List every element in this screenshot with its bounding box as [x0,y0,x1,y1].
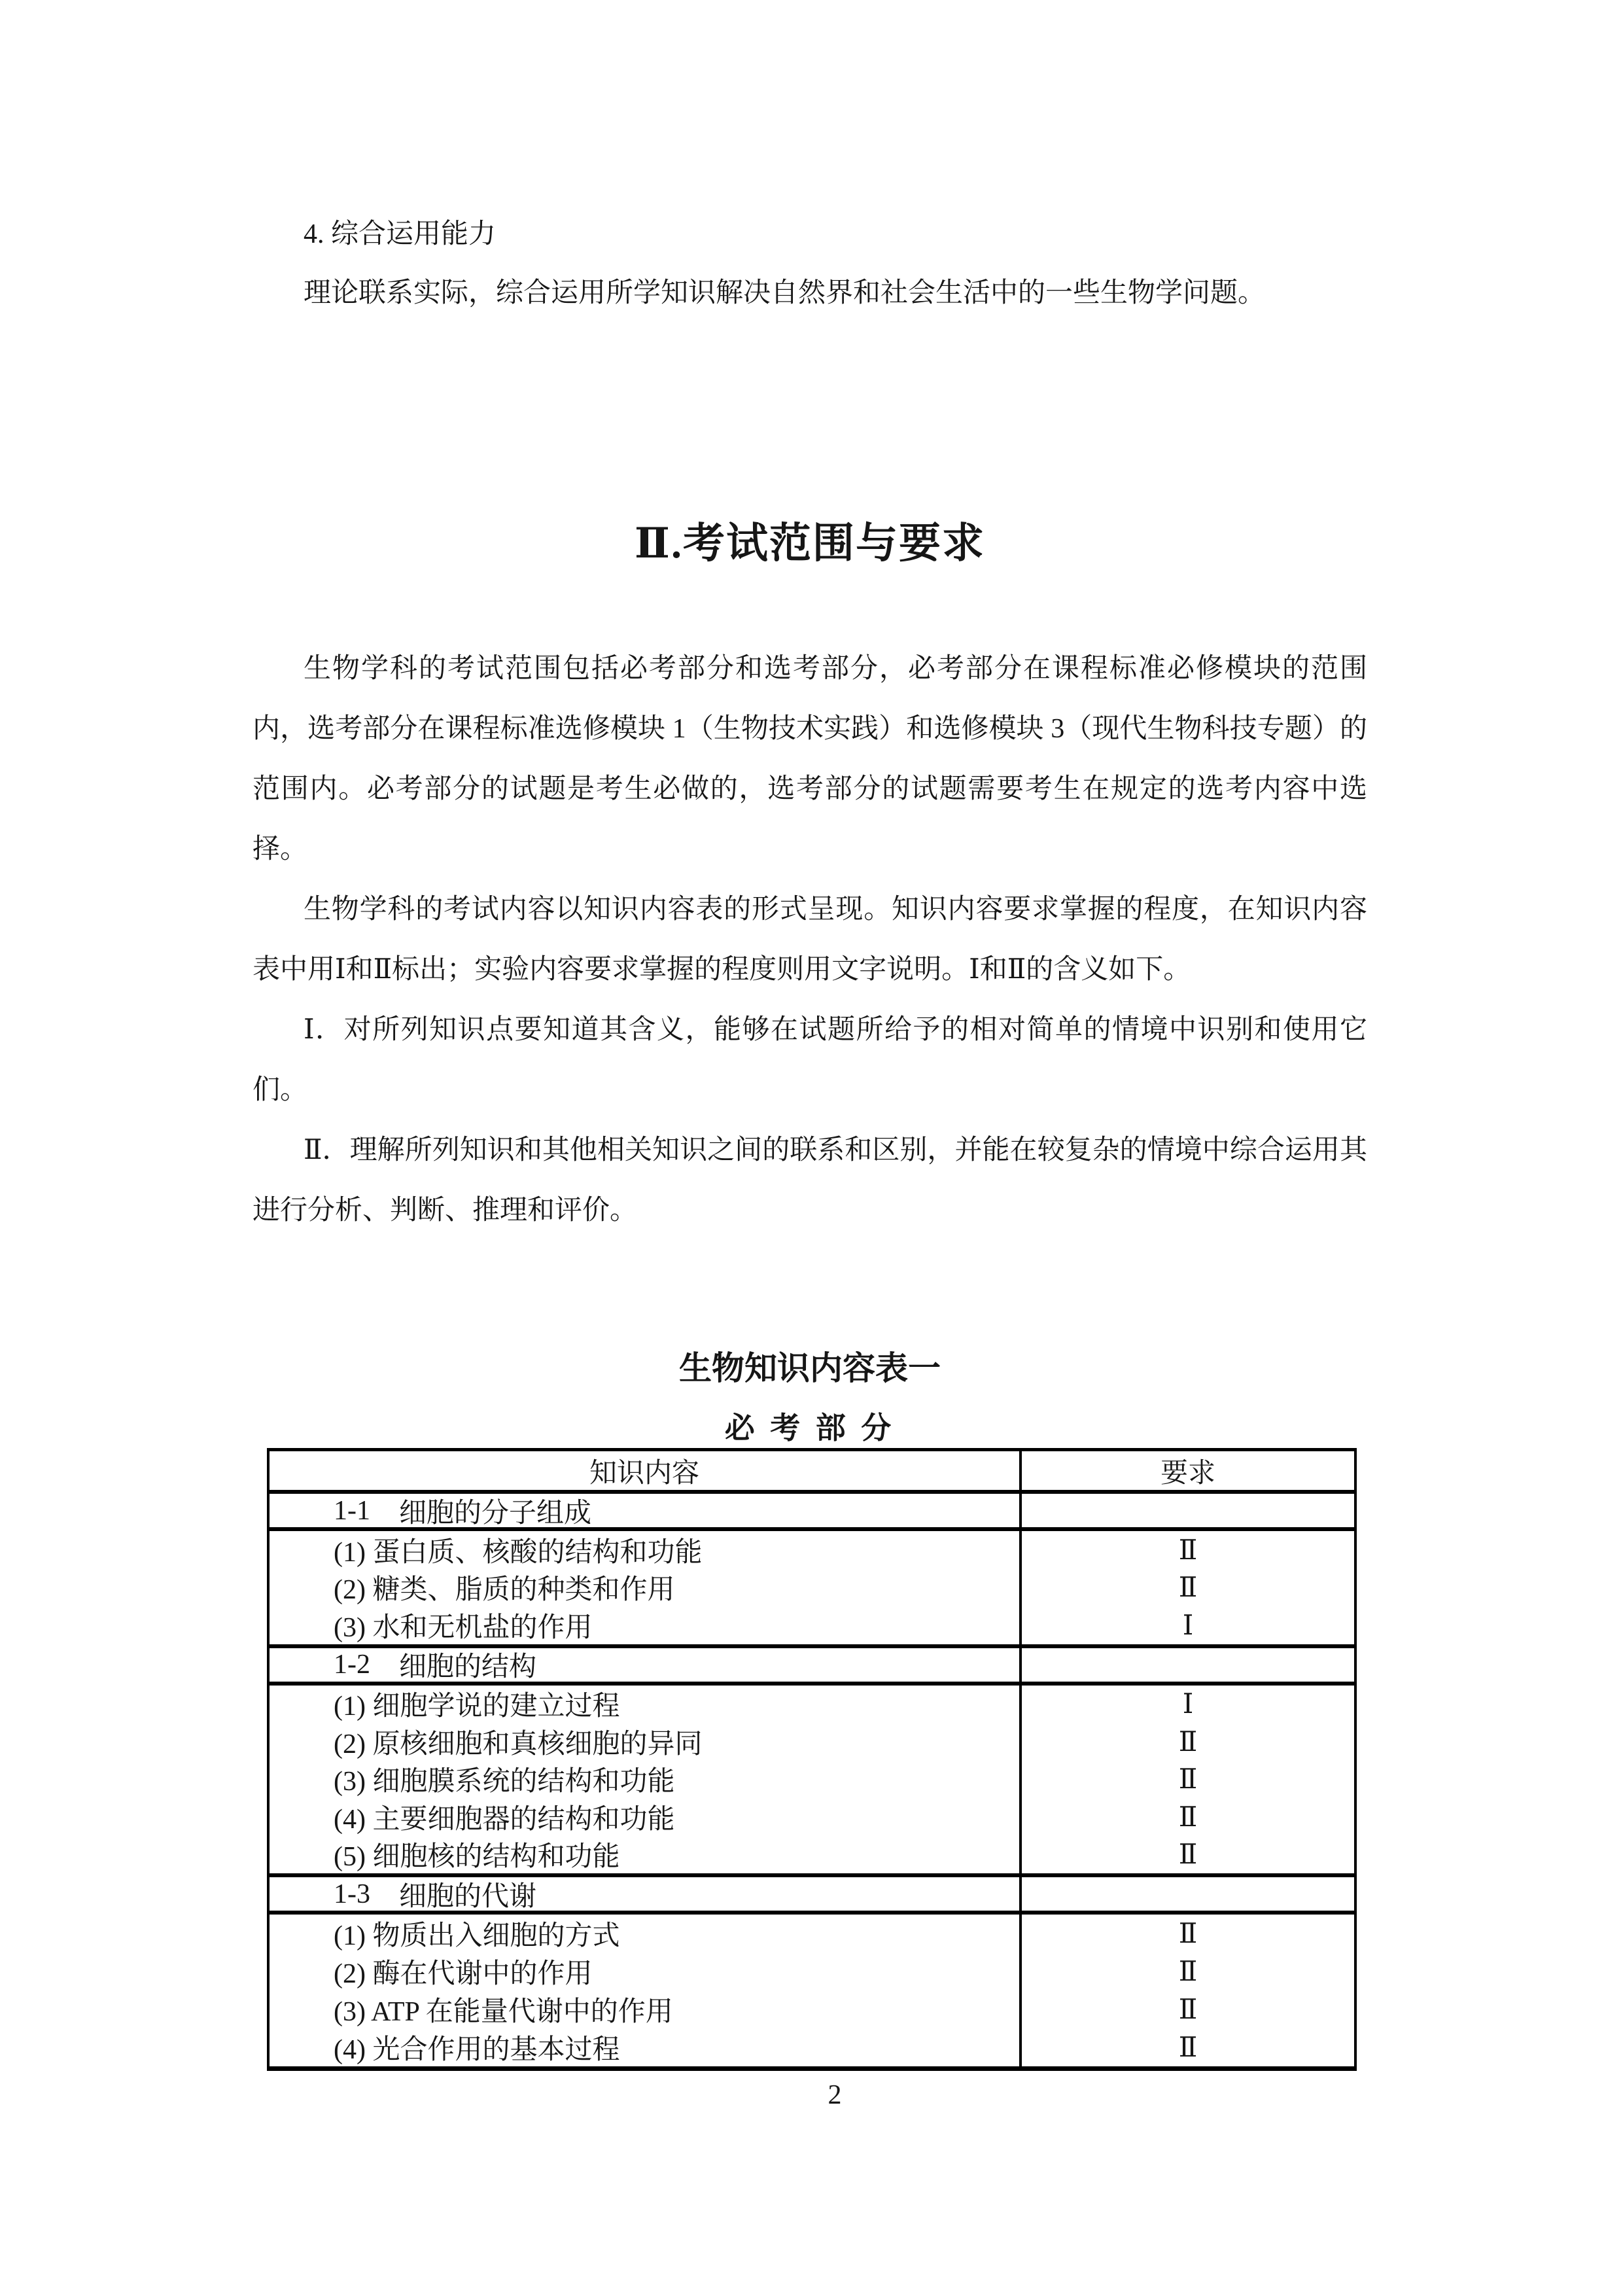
body-paragraphs: 生物学科的考试范围包括必考部分和选考部分，必考部分在课程标准必修模块的范围内，选… [253,639,1367,1241]
section-requirement-cell [1022,1648,1354,1682]
table-subtitle: 必 考 部 分 [253,1412,1367,1445]
section-row: 1-3 细胞的代谢 [270,1877,1354,1915]
section-name: 细胞的分子组成 [399,1491,591,1530]
table-header-row: 知识内容 要求 [270,1451,1354,1494]
intro-item-title: 4. 综合运用能力 [253,205,1367,264]
item-label: (2) 酶在代谢中的作用 [270,1952,1019,1990]
knowledge-table: 知识内容 要求 1-1 细胞的分子组成 (1) 蛋白质、核酸的结构和功能 (2)… [267,1448,1357,2071]
item-requirement: Ⅰ [1022,1606,1354,1644]
page-number: 2 [253,2079,1417,2111]
section-row: 1-1 细胞的分子组成 [270,1494,1354,1531]
section-requirement-cell [1022,1494,1354,1527]
header-content-cell: 知识内容 [270,1451,1022,1490]
section-name: 细胞的结构 [399,1645,536,1684]
body-paragraph: Ⅰ．对所列知识点要知道其含义，能够在试题所给予的相对简单的情境中识别和使用它们。 [253,1000,1367,1120]
item-requirement: Ⅱ [1022,1531,1354,1569]
body-paragraph: 生物学科的考试内容以知识内容表的形式呈现。知识内容要求掌握的程度，在知识内容表中… [253,879,1367,1000]
item-label: (1) 物质出入细胞的方式 [270,1915,1019,1952]
intro-item-body: 理论联系实际，综合运用所学知识解决自然界和社会生活中的一些生物学问题。 [253,264,1367,323]
item-label: (2) 原核细胞和真核细胞的异同 [270,1723,1019,1761]
item-row-group: (1) 细胞学说的建立过程 (2) 原核细胞和真核细胞的异同 (3) 细胞膜系统… [270,1686,1354,1878]
item-row-group: (1) 蛋白质、核酸的结构和功能 (2) 糖类、脂质的种类和作用 (3) 水和无… [270,1531,1354,1648]
item-label: (4) 光合作用的基本过程 [270,2028,1019,2066]
section-requirement-cell [1022,1877,1354,1911]
item-requirement: Ⅱ [1022,1569,1354,1607]
item-label: (1) 细胞学说的建立过程 [270,1686,1019,1723]
section-row: 1-2 细胞的结构 [270,1648,1354,1686]
body-paragraph: Ⅱ．理解所列知识和其他相关知识之间的联系和区别，并能在较复杂的情境中综合运用其进… [253,1120,1367,1241]
item-label: (4) 主要细胞器的结构和功能 [270,1798,1019,1836]
item-requirement: Ⅰ [1022,1686,1354,1723]
table-title: 生物知识内容表一 [253,1351,1367,1386]
item-requirement: Ⅱ [1022,1798,1354,1836]
item-requirement: Ⅱ [1022,1761,1354,1799]
section-name: 细胞的代谢 [399,1875,536,1914]
item-requirement: Ⅱ [1022,1836,1354,1874]
section-code: 1-3 [334,1879,370,1910]
header-requirement-cell: 要求 [1022,1451,1354,1490]
body-paragraph: 生物学科的考试范围包括必考部分和选考部分，必考部分在课程标准必修模块的范围内，选… [253,639,1367,879]
item-label: (3) 细胞膜系统的结构和功能 [270,1761,1019,1799]
item-requirement: Ⅱ [1022,1915,1354,1952]
section-code: 1-1 [334,1495,370,1527]
document-page: 4. 综合运用能力 理论联系实际，综合运用所学知识解决自然界和社会生活中的一些生… [0,0,1623,2296]
item-label: (5) 细胞核的结构和功能 [270,1836,1019,1874]
item-row-group: (1) 物质出入细胞的方式 (2) 酶在代谢中的作用 (3) ATP 在能量代谢… [270,1915,1354,2066]
item-label: (3) ATP 在能量代谢中的作用 [270,1990,1019,2028]
item-label: (2) 糖类、脂质的种类和作用 [270,1569,1019,1607]
item-requirement: Ⅱ [1022,1990,1354,2028]
item-requirement: Ⅱ [1022,2028,1354,2066]
section-heading: Ⅱ.考试范围与要求 [253,518,1367,569]
intro-block: 4. 综合运用能力 理论联系实际，综合运用所学知识解决自然界和社会生活中的一些生… [253,205,1367,323]
item-label: (1) 蛋白质、核酸的结构和功能 [270,1531,1019,1569]
item-label: (3) 水和无机盐的作用 [270,1606,1019,1644]
section-code: 1-2 [334,1649,370,1680]
item-requirement: Ⅱ [1022,1952,1354,1990]
item-requirement: Ⅱ [1022,1723,1354,1761]
